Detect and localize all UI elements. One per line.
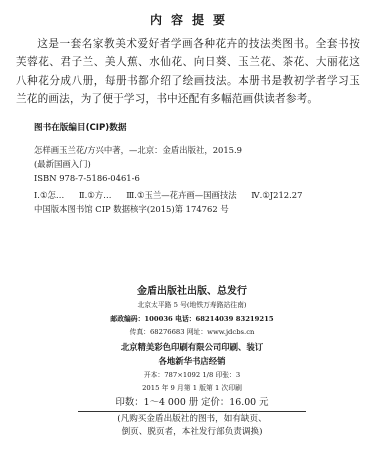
- cip-series: (最新国画入门): [34, 157, 354, 171]
- colophon-divider: [78, 411, 306, 412]
- summary-body: 这是一套名家教美术爱好者学画各种花卉的技法类图书。全套书按芙蓉花、君子兰、美人蕉…: [16, 35, 360, 109]
- colophon-distributor: 各地新华书店经销: [78, 354, 306, 369]
- cip-class-2: Ⅱ.①方…: [79, 190, 112, 200]
- cip-class-1: Ⅰ.①怎…: [34, 190, 64, 200]
- cip-record: 中国版本图书馆 CIP 数据核字(2015)第 174762 号: [34, 202, 354, 216]
- colophon-postcode-phone: 邮政编码：100036 电话：68214039 83219215: [78, 313, 306, 327]
- colophon-edition: 2015 年 9 月第 1 版第 1 次印刷: [78, 382, 306, 396]
- colophon-publisher: 金盾出版社出版、总发行: [78, 284, 306, 299]
- cip-block: 图书在版编目(CIP)数据 怎样画玉兰花/方兴中著，—北京：金盾出版社，2015…: [34, 123, 354, 216]
- cip-title-line: 怎样画玉兰花/方兴中著，—北京：金盾出版社，2015.9: [34, 143, 354, 157]
- colophon-printer: 北京精美彩色印刷有限公司印刷、装订: [78, 340, 306, 355]
- cip-class-3: Ⅲ.①玉兰—花卉画—国画技法: [126, 190, 236, 200]
- cip-class-4: Ⅳ.①J212.27: [251, 190, 302, 200]
- cip-classification: Ⅰ.①怎… Ⅱ.①方… Ⅲ.①玉兰—花卉画—国画技法 Ⅳ.①J212.27: [34, 188, 354, 202]
- colophon-print-run-price: 印数：1～4 000 册 定价：16.00 元: [78, 396, 306, 410]
- colophon-format: 开本：787×1092 1/8 印张：3: [78, 369, 306, 383]
- colophon: 金盾出版社出版、总发行 北京太平路 5 号(地铁万寿路站往南) 邮政编码：100…: [78, 284, 306, 439]
- summary-title: 内容提要: [0, 11, 375, 28]
- colophon-note-line-2: 倒页、脱页者，本社发行部负责调换): [78, 426, 306, 439]
- copyright-page: 内容提要 这是一套名家教美术爱好者学画各种花卉的技法类图书。全套书按芙蓉花、君子…: [0, 0, 375, 450]
- colophon-fax-web: 传真：68276683 网址：www.jdcbs.cn: [78, 326, 306, 340]
- cip-isbn: ISBN 978-7-5186-0461-6: [34, 171, 354, 185]
- cip-heading: 图书在版编目(CIP)数据: [34, 123, 354, 134]
- colophon-note-line-1: (凡购买金盾出版社的图书，如有缺页、: [78, 413, 306, 426]
- colophon-address: 北京太平路 5 号(地铁万寿路站往南): [78, 299, 306, 313]
